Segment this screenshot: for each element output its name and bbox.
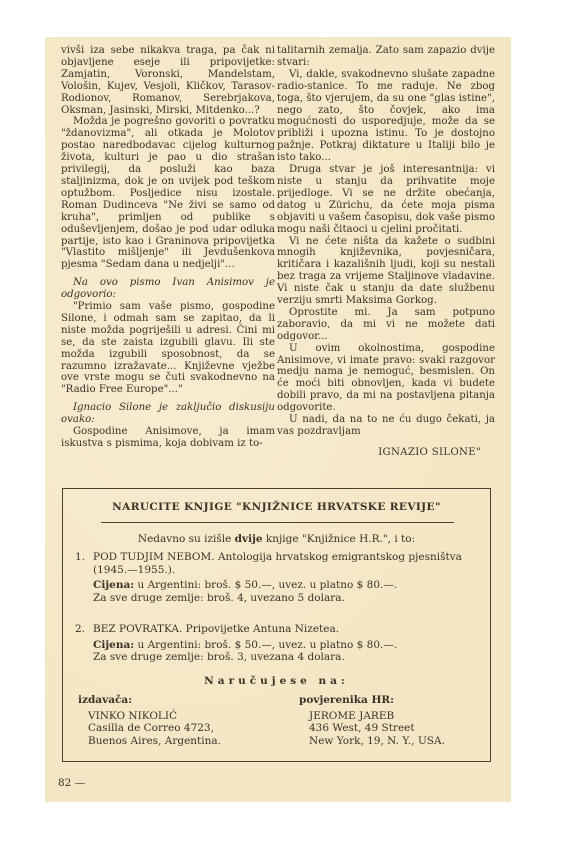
paragraph: Vi ne ćete ništa da kažete o sudbini mno… xyxy=(277,236,495,307)
representative-label: povjerenika HR: xyxy=(299,694,445,707)
book-item: 1. POD TUDJIM NEBOM. Antologija hrvatsko… xyxy=(75,551,474,604)
book-item: 2. BEZ POVRATKA. Pripovijetke Antuna Niz… xyxy=(75,623,474,664)
signature: IGNAZIO SILONE" xyxy=(277,447,495,459)
italic-intro: Ignacio Silone je zaključio diskusiju ov… xyxy=(61,402,275,426)
price-label: Cijena: xyxy=(93,579,134,591)
publisher-name: VINKO NIKOLIĆ xyxy=(88,710,221,723)
price-argentina: u Argentini: broš. $ 50.—, uvez. u platn… xyxy=(134,639,397,651)
representative-address-line: 436 West, 49 Street xyxy=(309,722,445,735)
paragraph: talitarnih zemalja. Zato sam zapazio dvi… xyxy=(277,45,495,69)
page-number: 82 — xyxy=(58,777,85,789)
order-heading: Naručujese na: xyxy=(63,675,490,687)
paragraph: U ovim okolnostima, gospodine Anisimove,… xyxy=(277,343,495,414)
book-advertisement-box: NARUCITE KNJIGE "KNJIŽNICE HRVATSKE REVI… xyxy=(62,488,491,762)
book-title: BEZ POVRATKA. Pripovijetke Antuna Nizete… xyxy=(93,623,474,636)
paragraph: Gospodine Anisimove, ja imam iskustva s … xyxy=(61,426,275,450)
paragraph: Druga stvar je još interesantnija: vi ni… xyxy=(277,164,495,235)
paragraph: Vi, dakle, svakodnevno slušate zapadne r… xyxy=(277,69,495,164)
magazine-page: vivši iza sebe nikakva traga, pa čak ni … xyxy=(45,37,511,802)
publisher-label: izdavača: xyxy=(78,694,221,707)
book-price: Cijena: u Argentini: broš. $ 50.—, uvez.… xyxy=(93,579,474,592)
paragraph: vivši iza sebe nikakva traga, pa čak ni … xyxy=(61,45,275,116)
book-price: Cijena: u Argentini: broš. $ 50.—, uvez.… xyxy=(93,639,474,652)
publisher-address-line: Casilla de Correo 4723, xyxy=(88,722,221,735)
price-other-countries: Za sve druge zemlje: broš. 3, uvezana 4 … xyxy=(93,651,474,664)
publisher-address-line: Buenos Aires, Argentina. xyxy=(88,735,221,748)
paragraph: Možda je pogrešno govoriti o povratku "ž… xyxy=(61,116,275,271)
intro-text: Nedavno su izišle xyxy=(138,533,235,545)
left-column: vivši iza sebe nikakva traga, pa čak ni … xyxy=(61,45,275,450)
representative-contact: povjerenika HR: JEROME JAREB 436 West, 4… xyxy=(299,694,445,747)
ad-intro: Nedavno su izišle dvije knjige "Knjižnic… xyxy=(63,533,490,545)
ad-title: NARUCITE KNJIGE "KNJIŽNICE HRVATSKE REVI… xyxy=(63,501,490,513)
price-argentina: u Argentini: broš. $ 50.—, uvez. u platn… xyxy=(134,579,397,591)
publisher-contact: izdavača: VINKO NIKOLIĆ Casilla de Corre… xyxy=(78,694,221,747)
representative-address-line: New York, 19, N. Y., USA. xyxy=(309,735,445,748)
price-other-countries: Za sve druge zemlje: broš. 4, uvezano 5 … xyxy=(93,592,474,605)
book-title: POD TUDJIM NEBOM. Antologija hrvatskog e… xyxy=(93,551,474,576)
paragraph: Oprostite mi. Ja sam potpuno zaboravio, … xyxy=(277,307,495,343)
intro-bold: dvije xyxy=(235,533,263,545)
representative-name: JEROME JAREB xyxy=(309,710,445,723)
italic-intro: Na ovo pismo Ivan Anisimov je odgovorio: xyxy=(61,277,275,301)
paragraph: U nadi, da na to ne ću dugo čekati, ja v… xyxy=(277,414,495,438)
book-number: 2. xyxy=(75,623,93,636)
book-number: 1. xyxy=(75,551,93,564)
right-column: talitarnih zemalja. Zato sam zapazio dvi… xyxy=(277,45,495,459)
intro-text: knjige "Knjižnice H.R.", i to: xyxy=(263,533,416,545)
title-divider xyxy=(101,522,454,523)
quoted-letter: "Primio sam vaše pismo, gospodine Silone… xyxy=(61,301,275,396)
price-label: Cijena: xyxy=(93,639,134,651)
